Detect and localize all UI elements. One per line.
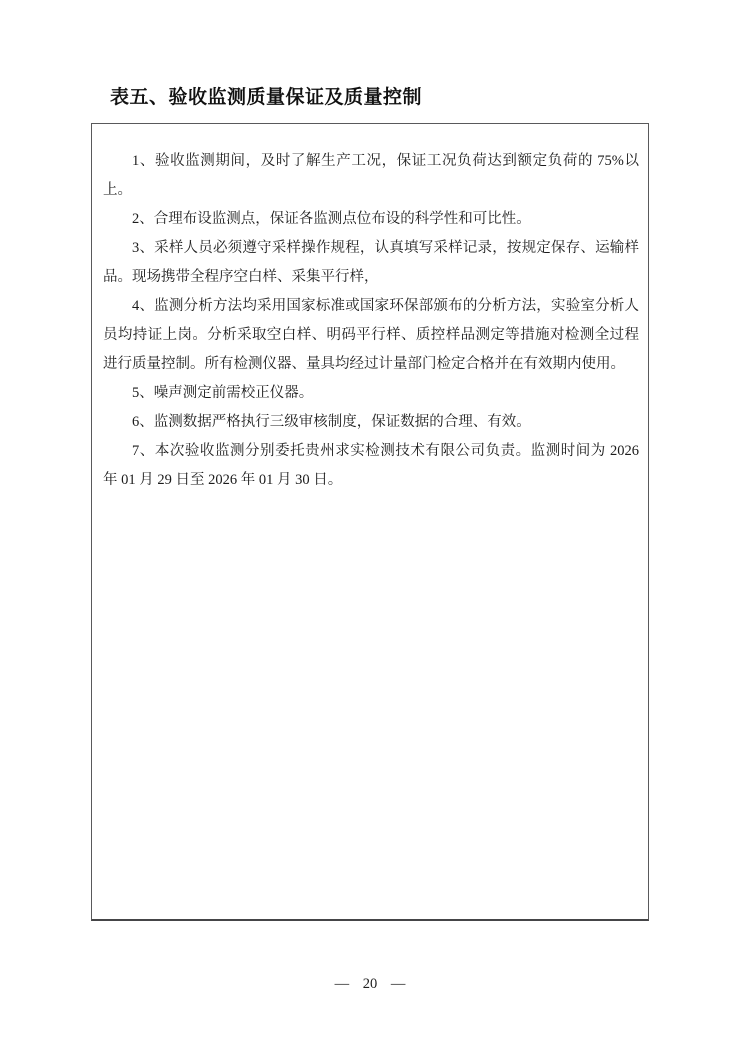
document-page: 表五、验收监测质量保证及质量控制 1、验收监测期间，及时了解生产工况，保证工况负… xyxy=(0,0,740,1046)
paragraph-7: 7、本次验收监测分别委托贵州求实检测技术有限公司负责。监测时间为 2026 年 … xyxy=(103,437,639,495)
section-title: 表五、验收监测质量保证及质量控制 xyxy=(110,86,422,110)
content-box: 1、验收监测期间，及时了解生产工况，保证工况负荷达到额定负荷的 75%以上。 2… xyxy=(91,123,649,921)
page-number: — 20 — xyxy=(0,974,740,994)
paragraph-5: 5、噪声测定前需校正仪器。 xyxy=(103,379,639,408)
paragraph-6: 6、监测数据严格执行三级审核制度，保证数据的合理、有效。 xyxy=(103,408,639,437)
paragraph-1: 1、验收监测期间，及时了解生产工况，保证工况负荷达到额定负荷的 75%以上。 xyxy=(103,147,639,205)
paragraph-4: 4、监测分析方法均采用国家标准或国家环保部颁布的分析方法，实验室分析人员均持证上… xyxy=(103,292,639,379)
paragraph-3: 3、采样人员必须遵守采样操作规程，认真填写采样记录，按规定保存、运输样品。现场携… xyxy=(103,234,639,292)
paragraph-2: 2、合理布设监测点，保证各监测点位布设的科学性和可比性。 xyxy=(103,205,639,234)
